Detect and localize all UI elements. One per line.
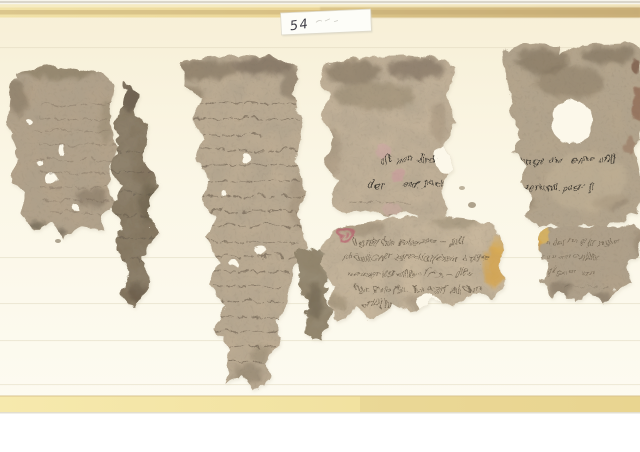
handwriting-line	[34, 128, 118, 129]
catalog-label: 54	[281, 9, 373, 36]
catalog-label-number: 54	[289, 17, 311, 35]
faded-line: weitzer begannen, ſ f n — dies	[346, 267, 469, 276]
fragment-3b-blotch	[304, 284, 320, 316]
manuscript-dark-line-1: aſt nan dird	[378, 153, 434, 164]
scan-bottom-margin	[0, 414, 640, 452]
faded-line: i au erm chillot	[539, 250, 598, 259]
faded-line: gi gn er van	[546, 265, 592, 274]
fragment-6-hole	[550, 98, 590, 142]
scanned-photo-page: aſt nan dird der end nachrea:	[0, 0, 640, 452]
faded-line: bgreif das Folgende — ſoll	[352, 235, 462, 244]
faded-line: hat. Er ſo ſoll. Ich adirf auf den	[352, 283, 478, 292]
faded-line: n der nn go ja nyler	[543, 235, 618, 244]
manuscript-photo: aſt nan dird der end nachrea:	[0, 0, 640, 452]
faded-line: ſchändlicher Parochialſchein d pege	[339, 251, 487, 260]
scan-edge-line	[0, 1, 640, 3]
tape-strip-bottom	[0, 396, 640, 414]
